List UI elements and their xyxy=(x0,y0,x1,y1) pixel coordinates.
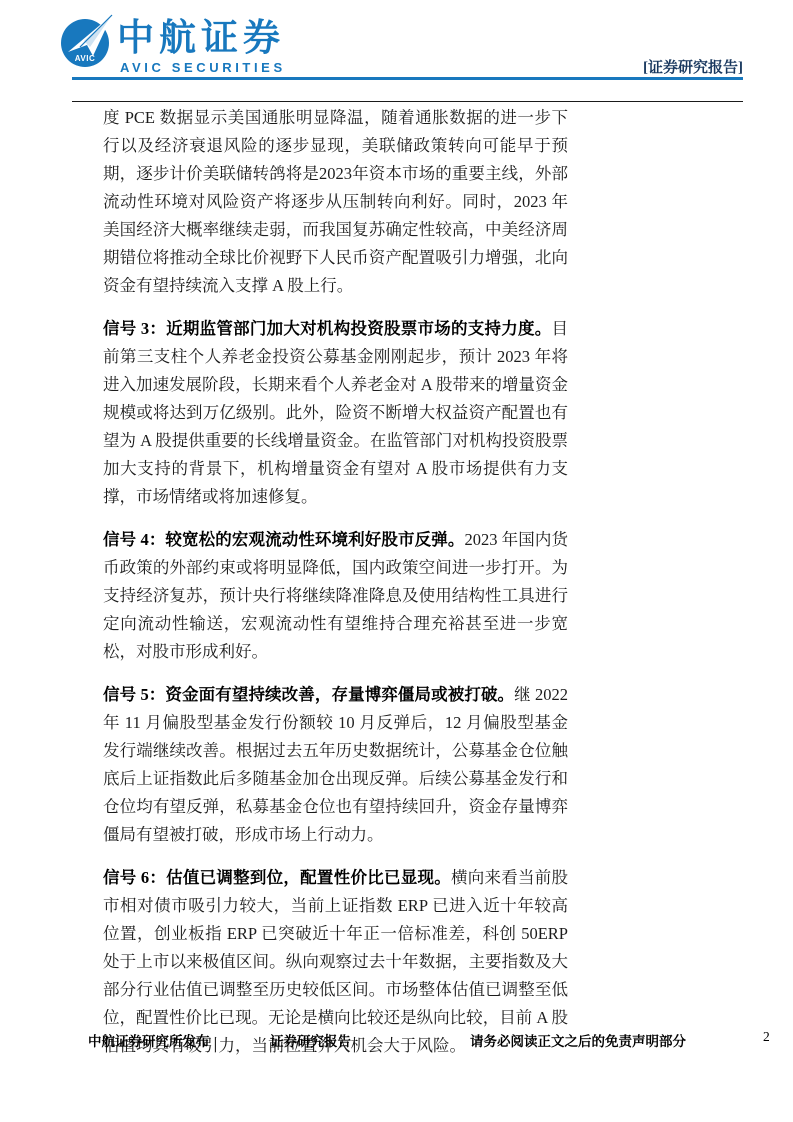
page-number: 2 xyxy=(763,1029,770,1045)
body-paragraph: 度 PCE 数据显示美国通胀明显降温，随着通胀数据的进一步下行以及经济衰退风险的… xyxy=(103,104,568,300)
footer-doc-type: 证券研究报告 xyxy=(270,1030,351,1050)
report-page: AVIC 中航证券 AVIC SECURITIES [证券研究报告] 度 PCE… xyxy=(0,0,793,1122)
footer-publisher: 中航证券研究所发布 xyxy=(88,1030,210,1050)
paragraph-lead: 信号 3：近期监管部门加大对机构投资股票市场的支持力度。 xyxy=(103,319,552,338)
paragraph-lead: 信号 5：资金面有望持续改善，存量博弈僵局或被打破。 xyxy=(103,685,514,704)
header-blue-rule xyxy=(72,77,743,80)
paragraph-text: 度 PCE 数据显示美国通胀明显降温，随着通胀数据的进一步下行以及经济衰退风险的… xyxy=(103,108,568,295)
paragraph-text: 继 2022 年 11 月偏股型基金发行份额较 10 月反弹后，12 月偏股型基… xyxy=(103,685,568,844)
brand-name-chinese: 中航证券 xyxy=(117,18,285,58)
avic-logo: AVIC xyxy=(60,14,114,70)
body-paragraph: 信号 4：较宽松的宏观流动性环境利好股市反弹。2023 年国内货币政策的外部约束… xyxy=(103,526,568,666)
body-paragraph: 信号 5：资金面有望持续改善，存量博弈僵局或被打破。继 2022 年 11 月偏… xyxy=(103,681,568,849)
header-divider-rule xyxy=(72,101,743,102)
paragraph-text: 2023 年国内货币政策的外部约束或将明显降低，国内政策空间进一步打开。为支持经… xyxy=(103,530,568,661)
report-type-tag: [证券研究报告] xyxy=(643,56,743,77)
body-paragraph: 信号 3：近期监管部门加大对机构投资股票市场的支持力度。目前第三支柱个人养老金投… xyxy=(103,315,568,511)
paragraph-text: 横向来看当前股市相对债市吸引力较大，当前上证指数 ERP 已进入近十年较高位置，… xyxy=(103,868,568,1055)
report-body: 度 PCE 数据显示美国通胀明显降温，随着通胀数据的进一步下行以及经济衰退风险的… xyxy=(103,104,568,1075)
paragraph-text: 目前第三支柱个人养老金投资公募基金刚刚起步，预计 2023 年将进入加速发展阶段… xyxy=(103,319,568,506)
logo-badge-text: AVIC xyxy=(75,54,96,63)
paragraph-lead: 信号 6：估值已调整到位，配置性价比已显现。 xyxy=(103,868,451,887)
paragraph-lead: 信号 4：较宽松的宏观流动性环境利好股市反弹。 xyxy=(103,530,464,549)
footer-disclaimer: 请务必阅读正文之后的免责声明部分 xyxy=(470,1030,686,1050)
brand-name-english: AVIC SECURITIES xyxy=(120,60,286,75)
